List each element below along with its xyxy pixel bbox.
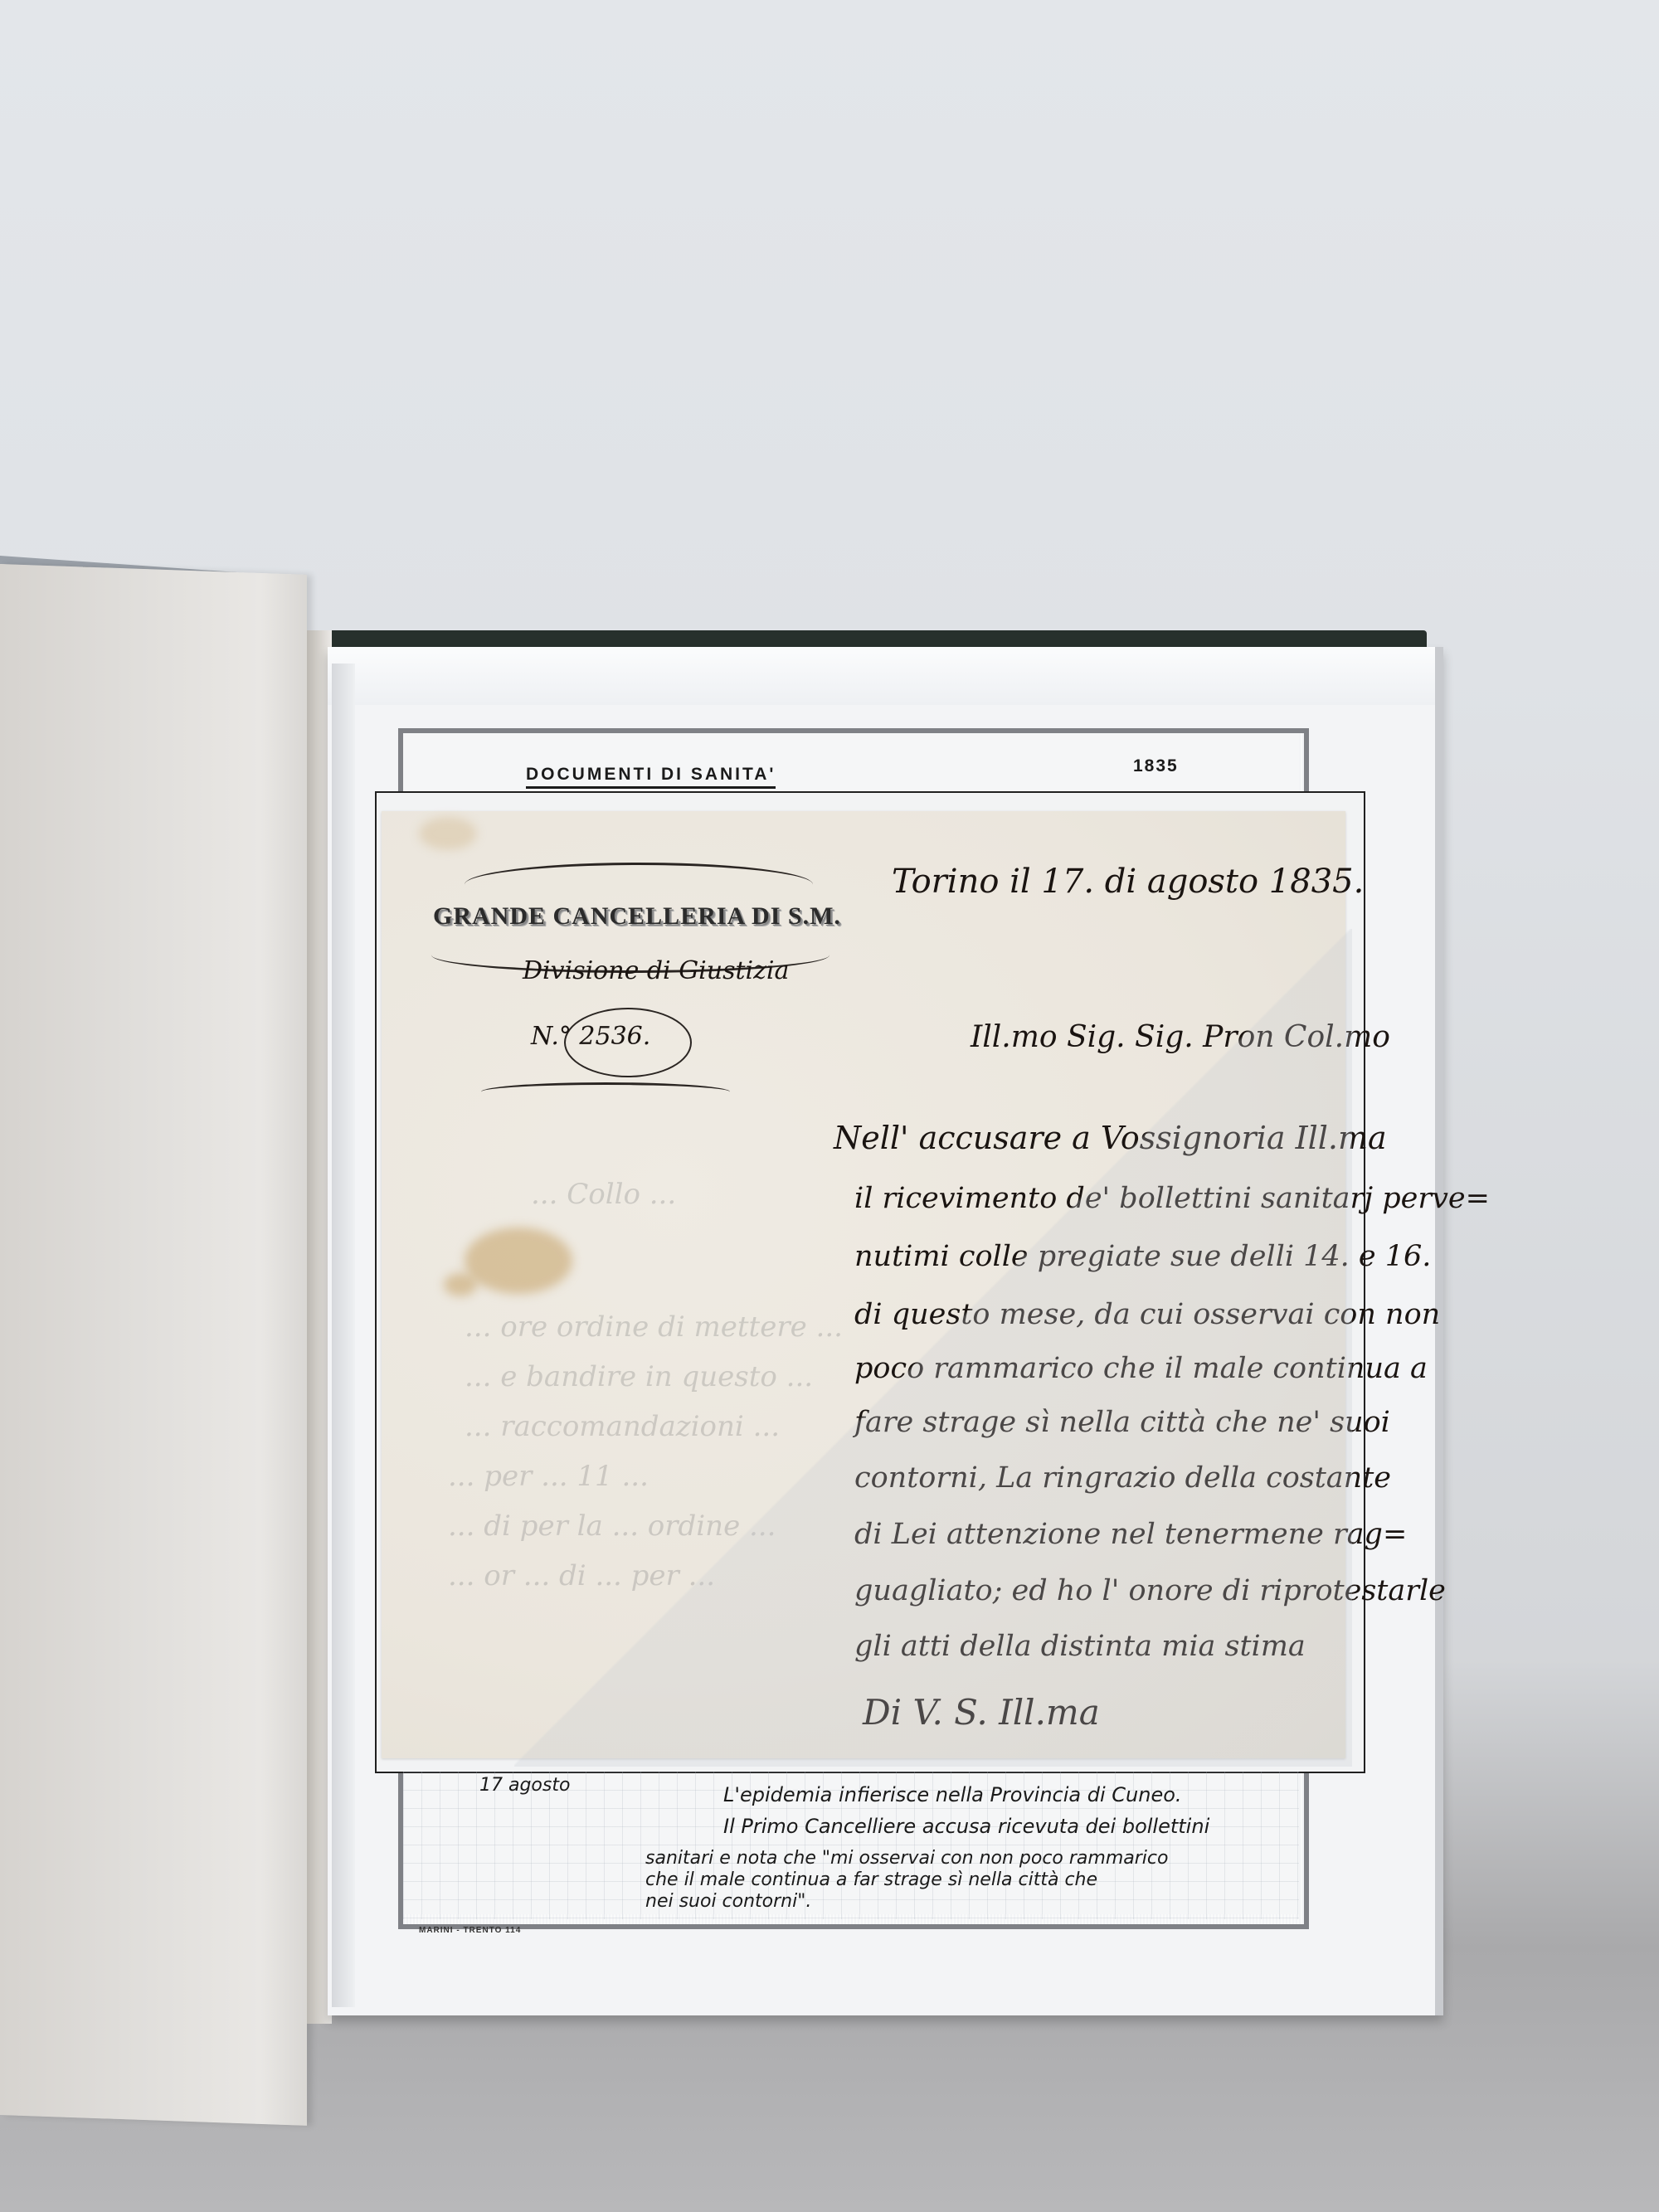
bleed-through-text: ... ore ordine di mettere ... <box>465 1310 843 1344</box>
caption-line: L'epidemia infierisce nella Provincia di… <box>723 1783 1182 1806</box>
caption-line: che il male continua a far strage sì nel… <box>645 1869 1097 1890</box>
caption-date: 17 agosto <box>479 1775 570 1796</box>
page-year: 1835 <box>1133 756 1179 776</box>
bleed-through-text: ... Collo ... <box>531 1178 676 1211</box>
letter-body-line: il ricevimento de' bollettini sanitarj p… <box>854 1182 1490 1215</box>
sleeve-binding-strip <box>332 664 355 2007</box>
bleed-through-text: ... per ... 11 ... <box>448 1460 649 1493</box>
letter-salutation: Ill.mo Sig. Sig. Pron Col.mo <box>971 1020 1390 1054</box>
left-album-page[interactable] <box>0 564 307 2126</box>
caption-line: Il Primo Cancelliere accusa ricevuta dei… <box>723 1815 1209 1838</box>
letter-body-line: contorni, La ringrazio della costante <box>854 1461 1391 1495</box>
publisher-imprint: MARINI - TRENTO 114 <box>419 1926 521 1935</box>
letter-body-line: poco rammarico che il male continua a <box>854 1352 1428 1385</box>
foxing-stain <box>465 1228 572 1294</box>
page-title: DOCUMENTI DI SANITA' <box>526 765 776 789</box>
foxing-stain <box>419 817 477 850</box>
letter-body-line: di Lei attenzione nel tenermene rag= <box>854 1518 1407 1551</box>
letter-body-line: guagliato; ed ho l' onore di riprotestar… <box>854 1574 1446 1607</box>
letterhead-division: Divisione di Giustizia <box>523 956 789 985</box>
sleeve-top-shine <box>328 647 1435 705</box>
protocol-number: N.° 2536. <box>531 1022 650 1051</box>
letter-body-line: nutimi colle pregiate sue delli 14. e 16… <box>854 1240 1431 1273</box>
bleed-through-text: ... e bandire in questo ... <box>465 1360 813 1393</box>
bleed-through-text: ... raccomandazioni ... <box>465 1410 780 1443</box>
letterhead-flourish <box>481 1082 730 1101</box>
letter-body-line: gli atti della distinta mia stima <box>854 1630 1306 1663</box>
caption-line: nei suoi contorni". <box>645 1891 811 1912</box>
letter-signoff: Di V. S. Ill.ma <box>863 1692 1100 1733</box>
letterhead-title: GRANDE CANCELLERIA DI S.M. <box>433 902 841 931</box>
letter-body-line: Nell' accusare a Vossignoria Ill.ma <box>834 1120 1387 1156</box>
bleed-through-text: ... or ... di ... per ... <box>448 1559 715 1592</box>
letter-body-line: fare strage sì nella città che ne' suoi <box>854 1406 1390 1439</box>
letterhead-flourish <box>465 863 813 907</box>
foxing-stain <box>444 1273 477 1296</box>
bleed-through-text: ... di per la ... ordine ... <box>448 1510 776 1543</box>
letter-body-line: di questo mese, da cui osservai con non <box>854 1298 1440 1331</box>
caption-line: sanitari e nota che "mi osservai con non… <box>645 1848 1168 1869</box>
letter-dateline: Torino il 17. di agosto 1835. <box>892 863 1364 901</box>
